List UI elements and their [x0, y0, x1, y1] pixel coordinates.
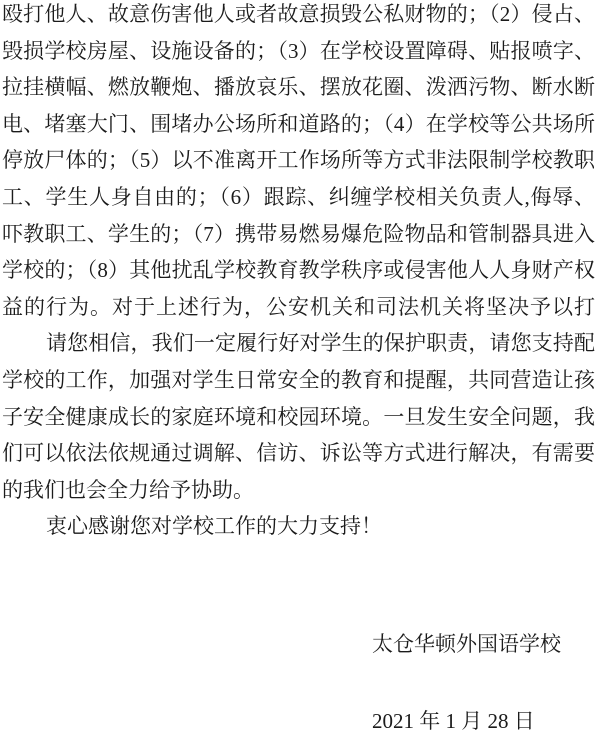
body-line: 殴打他人、故意伤害他人或者故意损毁公私财物的；（2）侵占、 — [2, 0, 595, 33]
signature-school-name: 太仓华顿外国语学校 — [372, 632, 561, 656]
signature-date: 2021 年 1 月 28 日 — [372, 709, 535, 733]
body-line: 电、堵塞大门、围堵办公场所和道路的；（4）在学校等公共场所 — [2, 106, 595, 143]
document-page: 殴打他人、故意伤害他人或者故意损毁公私财物的；（2）侵占、 毁损学校房屋、设施设… — [0, 0, 600, 743]
body-line: 学校的；（8）其他扰乱学校教育教学秩序或侵害他人人身财产权 — [2, 252, 595, 289]
body-line: 的我们也会全力给予协助。 — [2, 472, 595, 509]
body-line: 请您相信，我们一定履行好对学生的保护职责，请您支持配合 — [2, 325, 595, 362]
body-line: 学校的工作，加强对学生日常安全的教育和提醒，共同营造让孩 — [2, 362, 595, 399]
body-line: 停放尸体的；（5）以不准离开工作场所等方式非法限制学校教职 — [2, 142, 595, 179]
body-line: 拉挂横幅、燃放鞭炮、播放哀乐、摆放花圈、泼洒污物、断水断 — [2, 69, 595, 106]
letter-body: 殴打他人、故意伤害他人或者故意损毁公私财物的；（2）侵占、 毁损学校房屋、设施设… — [0, 0, 600, 545]
body-line: 毁损学校房屋、设施设备的；（3）在学校设置障碍、贴报喷字、 — [2, 33, 595, 70]
body-line: 衷心感谢您对学校工作的大力支持！ — [2, 508, 595, 545]
body-line: 益的行为。对于上述行为，公安机关和司法机关将坚决予以打击。 — [2, 289, 595, 326]
body-line: 子安全健康成长的家庭环境和校园环境。一旦发生安全问题，我 — [2, 399, 595, 436]
body-line: 们可以依法依规通过调解、信访、诉讼等方式进行解决，有需要 — [2, 435, 595, 472]
body-line: 工、学生人身自由的；（6）跟踪、纠缠学校相关负责人,侮辱、恐 — [2, 179, 595, 216]
body-line: 吓教职工、学生的；（7）携带易燃易爆危险物品和管制器具进入 — [2, 216, 595, 253]
